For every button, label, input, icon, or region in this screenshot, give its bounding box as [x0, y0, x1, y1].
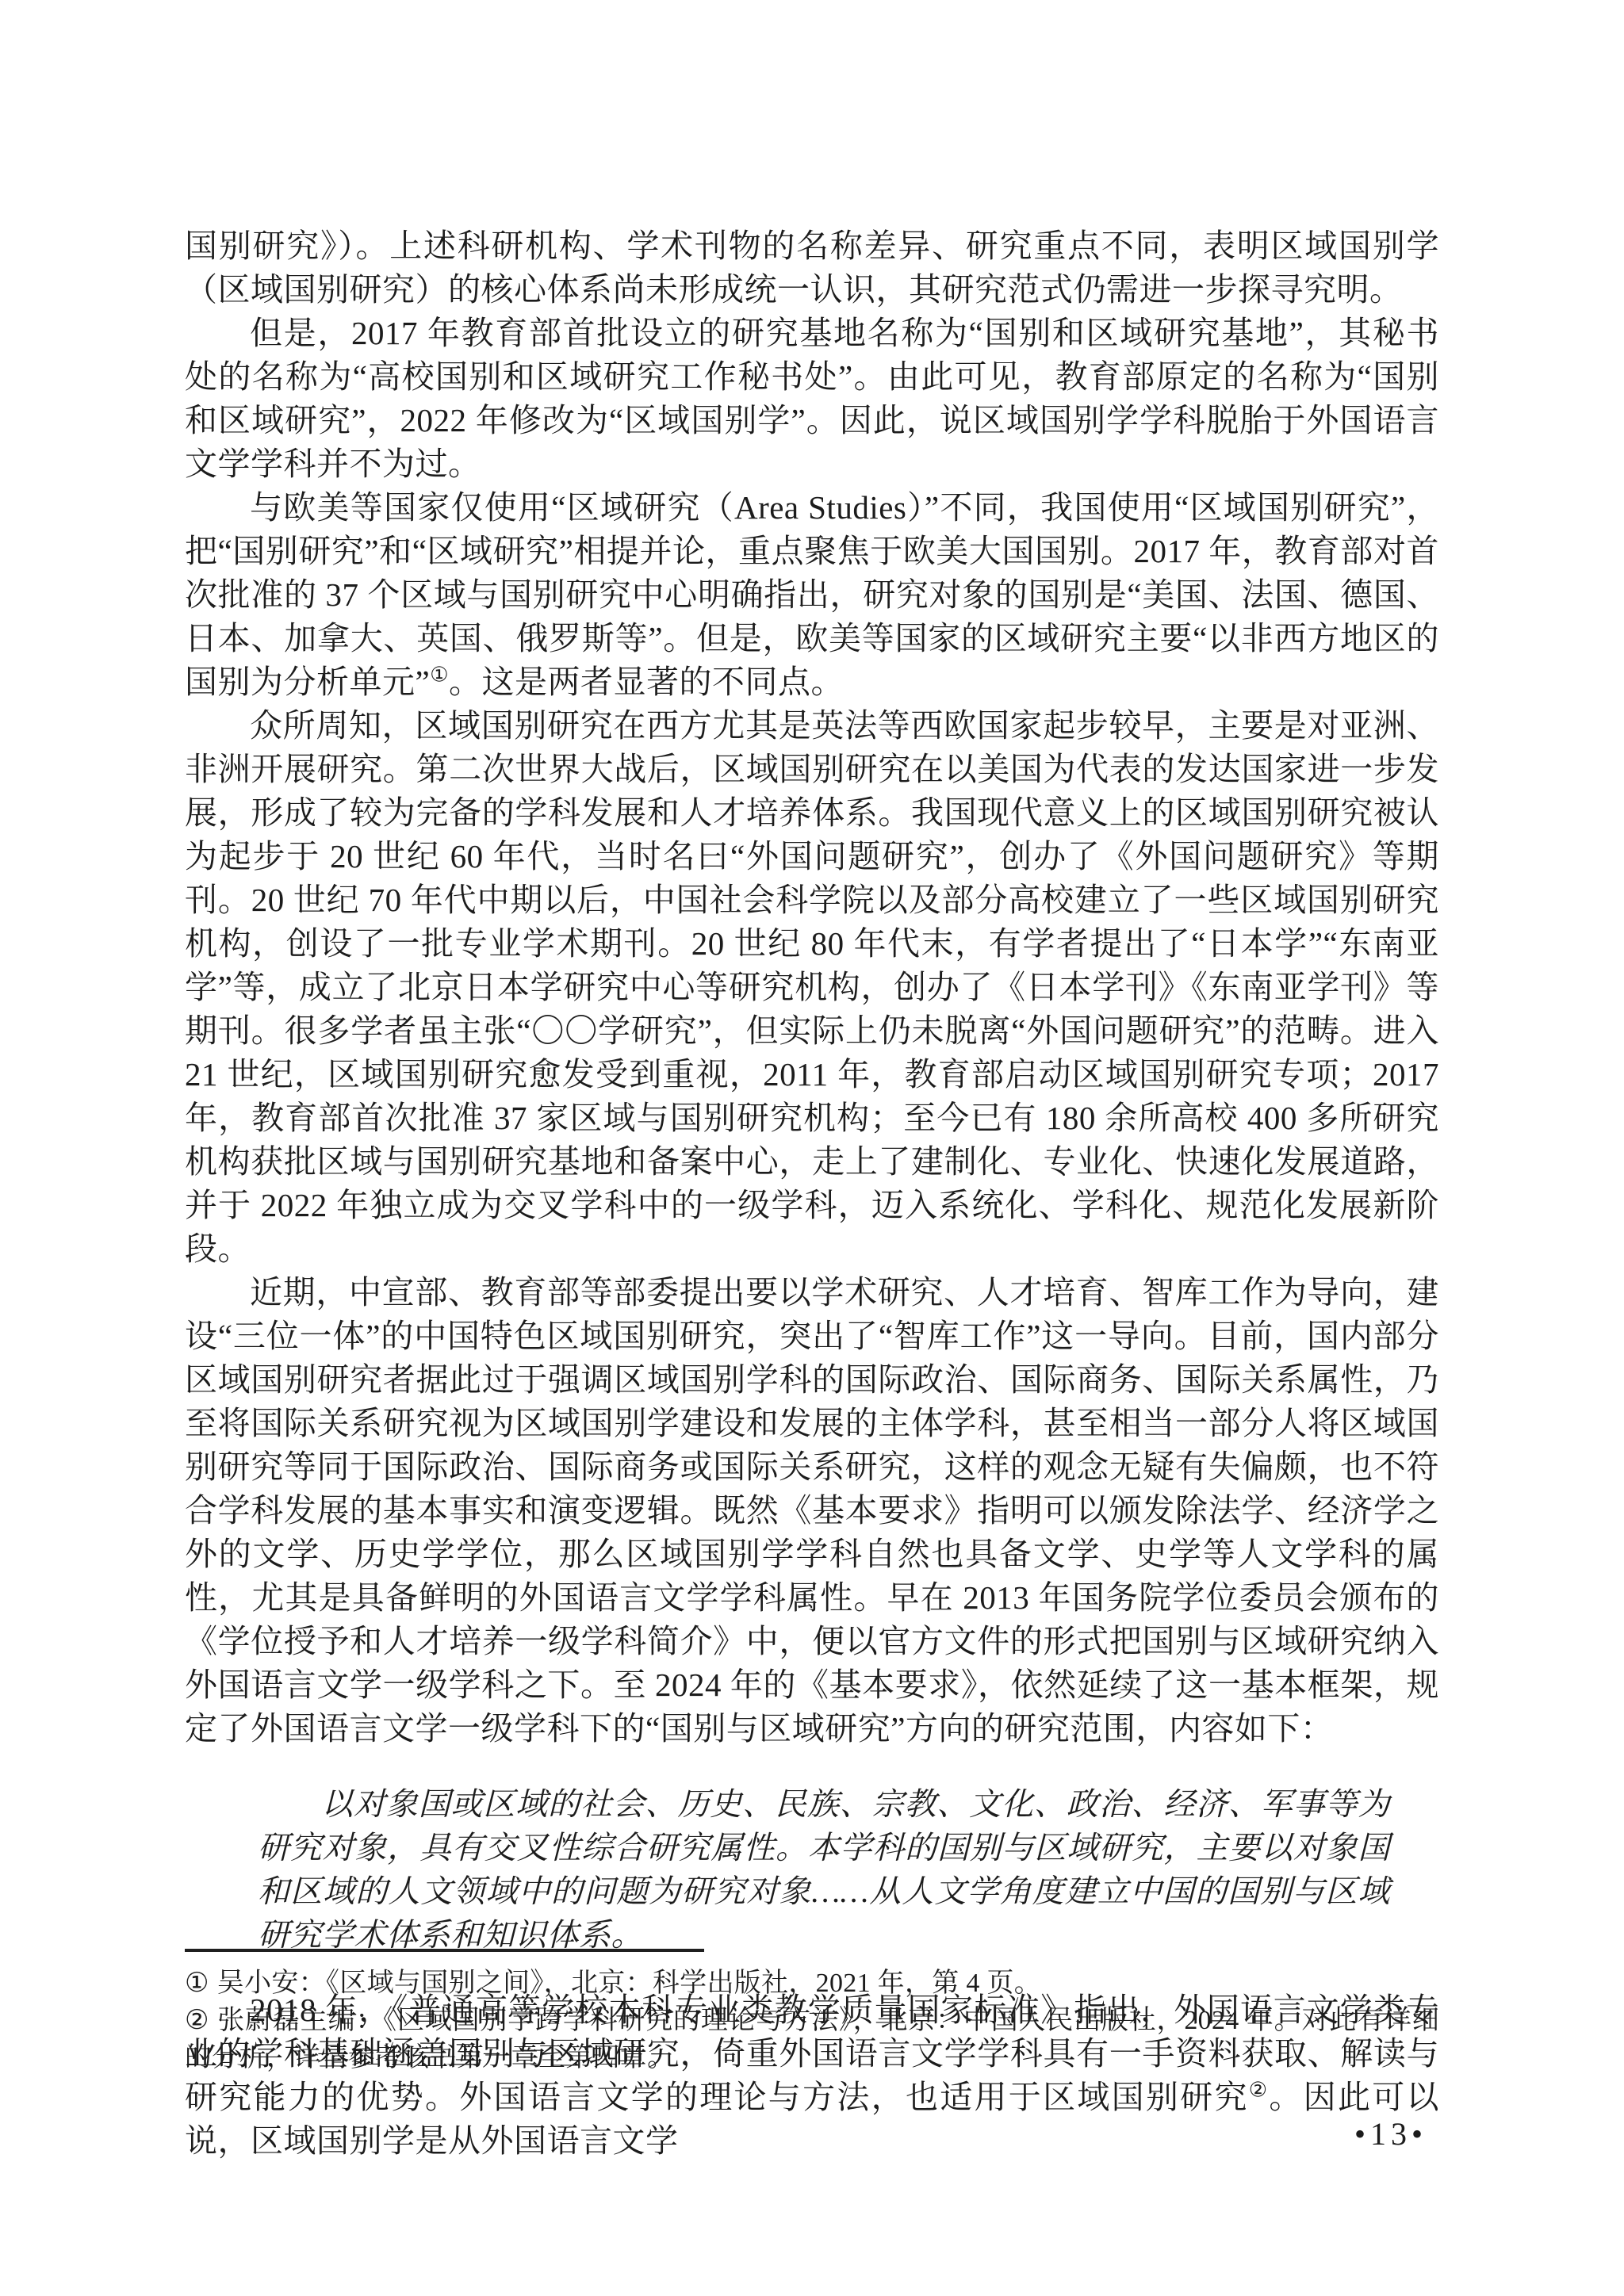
- paragraph-continuation: 国别研究》）。上述科研机构、学术刊物的名称差异、研究重点不同，表明区域国别学（区…: [185, 224, 1439, 312]
- footnote-divider: [185, 1949, 704, 1952]
- footnote-2-marker: ②: [185, 2006, 209, 2035]
- footnote-ref-2: ②: [1249, 2078, 1270, 2101]
- footnote-2: ②张蔚磊主编：《区域国别学跨学科研究的理论与方法》，北京：中国人民出版社，202…: [185, 2002, 1439, 2076]
- block-quote: 以对象国或区域的社会、历史、民族、宗教、文化、政治、经济、军事等为研究对象，具有…: [258, 1782, 1390, 1957]
- footnote-1-text: 吴小安：《区域与国别之间》，北京：科学出版社，2021 年，第 4 页。: [217, 1969, 1041, 1998]
- footnote-ref-1: ①: [430, 663, 449, 686]
- footnote-2-text: 张蔚磊主编：《区域国别学跨学科研究的理论与方法》，北京：中国人民出版社，2024…: [185, 2006, 1439, 2072]
- page-body: 国别研究》）。上述科研机构、学术刊物的名称差异、研究重点不同，表明区域国别学（区…: [185, 224, 1439, 2163]
- paragraph-area-studies-comparison: 与欧美等国家仅使用“区域研究（Area Studies）”不同，我国使用“区域国…: [185, 486, 1439, 704]
- page-number: •13•: [1354, 2115, 1427, 2152]
- paragraph-recent-policy: 近期，中宣部、教育部等部委提出要以学术研究、人才培育、智库工作为导向，建设“三位…: [185, 1271, 1439, 1751]
- footnote-1-marker: ①: [185, 1969, 209, 1998]
- paragraph-history-of-discipline: 众所周知，区域国别研究在西方尤其是英法等西欧国家起步较早，主要是对亚洲、非洲开展…: [185, 704, 1439, 1271]
- footnote-1: ①吴小安：《区域与国别之间》，北京：科学出版社，2021 年，第 4 页。: [185, 1965, 1439, 2002]
- paragraph-text: 。这是两者显著的不同点。: [449, 664, 844, 700]
- footnotes: ①吴小安：《区域与国别之间》，北京：科学出版社，2021 年，第 4 页。 ②张…: [185, 1949, 1439, 2076]
- paragraph-research-base-names: 但是，2017 年教育部首批设立的研究基地名称为“国别和区域研究基地”，其秘书处…: [185, 312, 1439, 486]
- document-page: 国别研究》）。上述科研机构、学术刊物的名称差异、研究重点不同，表明区域国别学（区…: [0, 0, 1624, 2296]
